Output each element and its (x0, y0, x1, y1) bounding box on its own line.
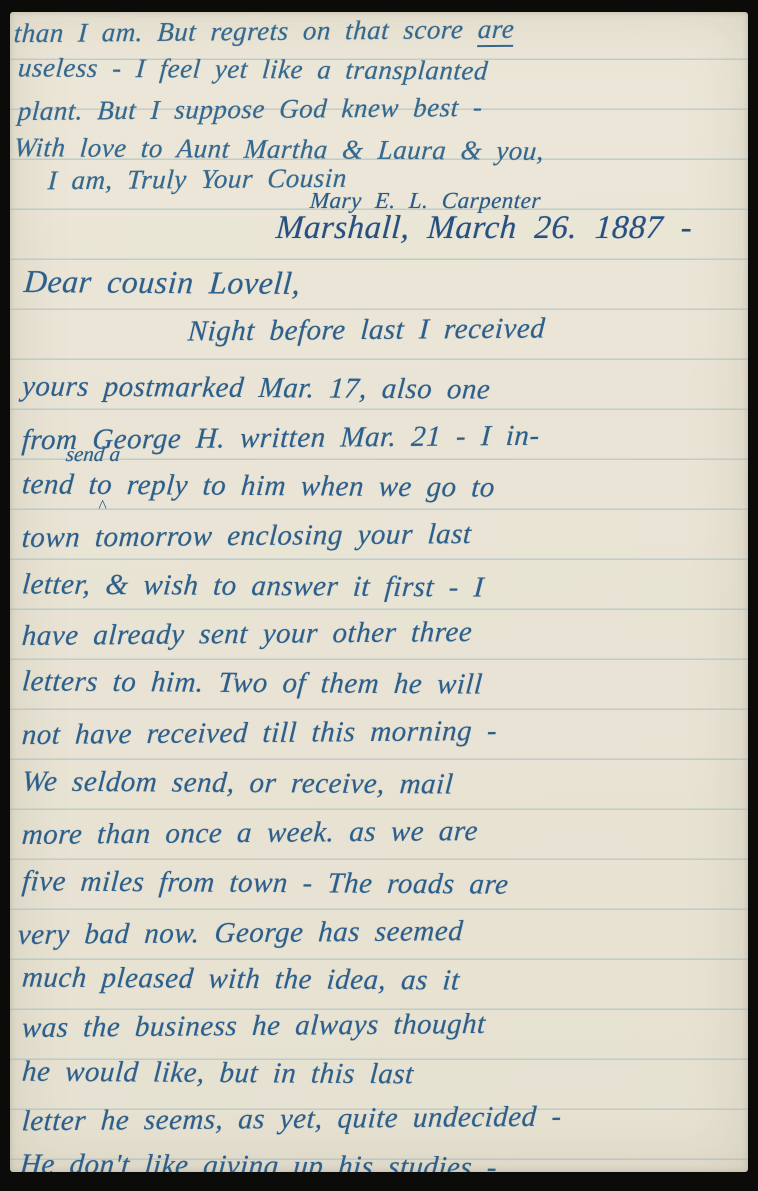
body-line: tend to reply to him when we go to (21, 468, 496, 504)
closing-line: I am, Truly Your Cousin (47, 163, 348, 197)
body-line: letters to him. Two of them he will (21, 665, 484, 701)
body-line: town tomorrow enclosing your last (21, 518, 473, 555)
dateline: Marshall, March 26. 1887 - (275, 210, 694, 247)
body-line: letter, & wish to answer it first - I (21, 568, 485, 604)
body-line: was the business he always thought (21, 1008, 487, 1045)
body-line: he would like, but in this last (21, 1056, 415, 1092)
body-line: five miles from town - The roads are (21, 865, 510, 901)
closing-underlined-word: are (477, 14, 516, 47)
body-line: yours postmarked Mar. 17, also one (21, 370, 492, 406)
letter-scan: than I am. But regrets on that score are… (0, 0, 758, 1191)
body-line: letter he seems, as yet, quite undecided… (21, 1101, 563, 1139)
body-line: He don't like giving up his studies - (19, 1148, 499, 1172)
closing-text: than I am. But regrets on that score (13, 14, 479, 48)
salutation: Dear cousin Lovell, (23, 263, 303, 302)
body-line: very bad now. George has seemed (17, 915, 464, 952)
body-line: have already sent your other three (21, 616, 473, 653)
body-line: We seldom send, or receive, mail (21, 765, 455, 801)
letter-page: than I am. But regrets on that score are… (10, 12, 748, 1172)
closing-line: plant. But I suppose God knew best - (17, 92, 484, 127)
body-line: Night before last I received (187, 312, 546, 348)
closing-line: useless - I feel yet like a transplanted (17, 52, 489, 86)
closing-line: With love to Aunt Martha & Laura & you, (13, 132, 545, 167)
body-line: much pleased with the idea, as it (21, 961, 461, 997)
closing-line: than I am. But regrets on that score are (13, 14, 515, 49)
body-line: from George H. written Mar. 21 - I in- (21, 420, 541, 458)
body-line: more than once a week. as we are (21, 815, 479, 852)
body-line: not have received till this morning - (21, 715, 498, 752)
